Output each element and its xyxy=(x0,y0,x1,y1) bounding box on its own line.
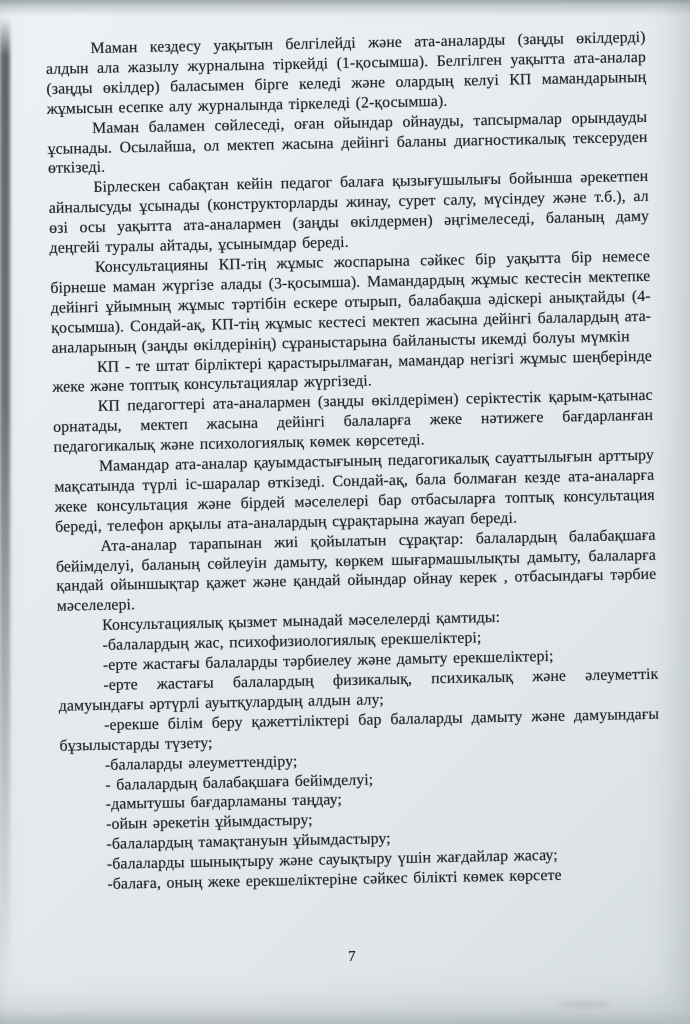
page-number: 7 xyxy=(7,942,690,973)
paragraph: Мамандар ата-аналар қауымдастығының педа… xyxy=(54,446,655,538)
document-page: Маман кездесу уақытын белгілейді және ат… xyxy=(0,0,690,1024)
scanned-page-photo: Маман кездесу уақытын белгілейді және ат… xyxy=(0,0,690,1024)
paragraph: Консультацияны КП-тің жұмыс жоспарына сә… xyxy=(50,247,652,359)
paragraph: Ата-аналар тарапынан жиі қойылатын сұрақ… xyxy=(55,525,656,617)
paragraph: Маман кездесу уақытын белгілейді және ат… xyxy=(45,28,646,120)
paragraph: Бірлескен сабақтан кейін педагог балаға … xyxy=(48,167,649,259)
